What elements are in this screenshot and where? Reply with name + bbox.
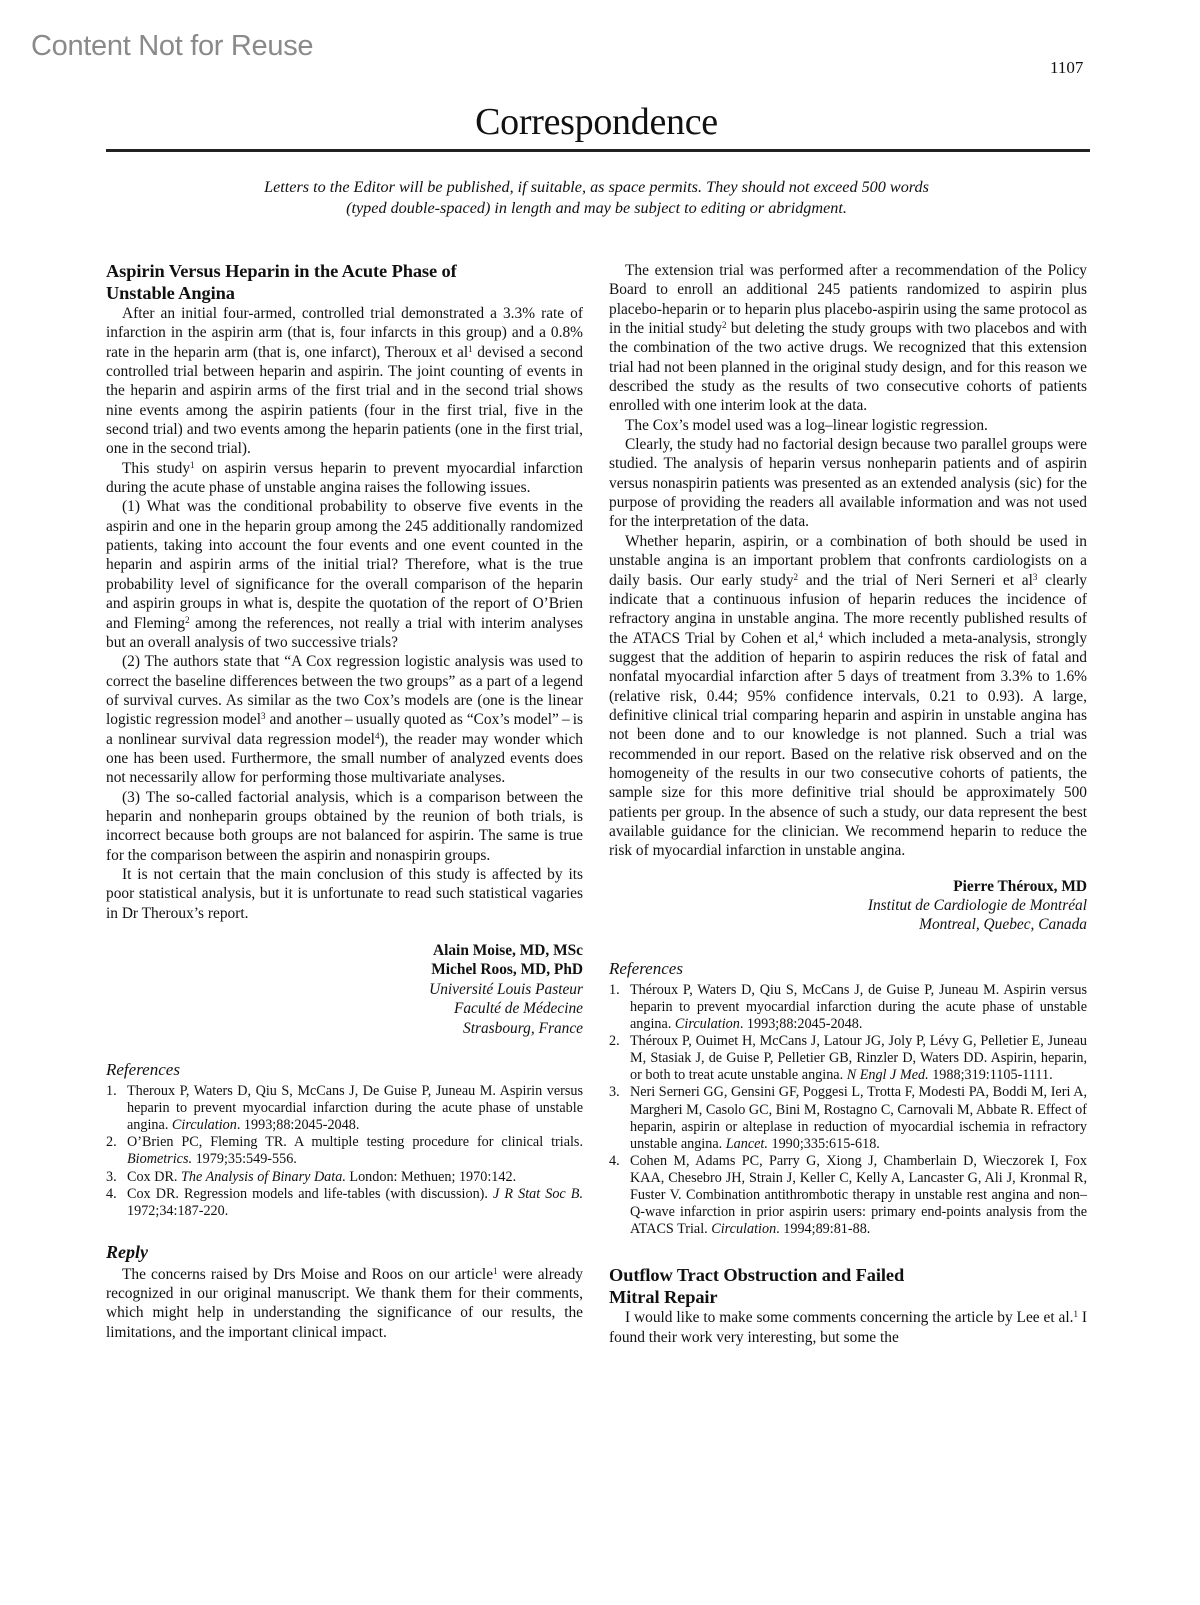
author-name: Alain Moise, MD, MSc xyxy=(106,941,583,960)
header-rule xyxy=(106,149,1090,152)
references-heading: References xyxy=(609,959,1087,979)
letter-paragraph: I would like to make some comments conce… xyxy=(609,1308,1087,1347)
author-name: Michel Roos, MD, PhD xyxy=(106,960,583,979)
author-affiliation: Montreal, Quebec, Canada xyxy=(609,915,1087,934)
editorial-note-line-2: (typed double-spaced) in length and may … xyxy=(0,198,1193,219)
letter-paragraph: It is not certain that the main conclusi… xyxy=(106,865,583,923)
watermark: Content Not for Reuse xyxy=(31,30,313,63)
reference-item: 3.Neri Serneri GG, Gensini GF, Poggesi L… xyxy=(609,1084,1087,1152)
reference-item: 1.Theroux P, Waters D, Qiu S, McCans J, … xyxy=(106,1083,583,1134)
letter-paragraph: (1) What was the conditional probability… xyxy=(106,497,583,652)
reply-paragraph: The extension trial was performed after … xyxy=(609,261,1087,416)
reference-item: 2.Théroux P, Ouimet H, McCans J, Latour … xyxy=(609,1033,1087,1084)
reply-paragraph: The Cox’s model used was a log–linear lo… xyxy=(609,416,1087,435)
reply-heading: Reply xyxy=(106,1242,583,1263)
reference-item: 3.Cox DR. The Analysis of Binary Data. L… xyxy=(106,1169,583,1186)
letter-title: Aspirin Versus Heparin in the Acute Phas… xyxy=(106,261,583,304)
reference-item: 4.Cox DR. Regression models and life-tab… xyxy=(106,1186,583,1220)
left-column: Aspirin Versus Heparin in the Acute Phas… xyxy=(106,261,583,1342)
reply-paragraph: Clearly, the study had no factorial desi… xyxy=(609,435,1087,532)
section-title: Correspondence xyxy=(0,100,1193,144)
reply-signature: Pierre Théroux, MD Institut de Cardiolog… xyxy=(609,877,1087,935)
author-affiliation: Institut de Cardiologie de Montréal xyxy=(609,896,1087,915)
author-name: Pierre Théroux, MD xyxy=(609,877,1087,896)
editorial-note-line-1: Letters to the Editor will be published,… xyxy=(0,177,1193,198)
references-heading: References xyxy=(106,1060,583,1080)
author-affiliation: Strasbourg, France xyxy=(106,1019,583,1038)
reference-item: 2.O’Brien PC, Fleming TR. A multiple tes… xyxy=(106,1134,583,1168)
letter-paragraph: (2) The authors state that “A Cox regres… xyxy=(106,652,583,787)
right-column: The extension trial was performed after … xyxy=(609,261,1087,1347)
references-list: 1.Théroux P, Waters D, Qiu S, McCans J, … xyxy=(609,982,1087,1238)
reply-paragraph: The concerns raised by Drs Moise and Roo… xyxy=(106,1265,583,1342)
letter-paragraph: After an initial four-armed, controlled … xyxy=(106,304,583,459)
letter-title: Outflow Tract Obstruction and Failed Mit… xyxy=(609,1265,1087,1308)
page-number: 1107 xyxy=(1050,58,1083,78)
reference-item: 4.Cohen M, Adams PC, Parry G, Xiong J, C… xyxy=(609,1153,1087,1238)
letter-paragraph: (3) The so-called factorial analysis, wh… xyxy=(106,788,583,865)
reference-item: 1.Théroux P, Waters D, Qiu S, McCans J, … xyxy=(609,982,1087,1033)
letter-signature: Alain Moise, MD, MSc Michel Roos, MD, Ph… xyxy=(106,941,583,1038)
reply-paragraph: Whether heparin, aspirin, or a combinati… xyxy=(609,532,1087,861)
letter-paragraph: This study1 on aspirin versus heparin to… xyxy=(106,459,583,498)
author-affiliation: Faculté de Médecine xyxy=(106,999,583,1018)
editorial-note: Letters to the Editor will be published,… xyxy=(0,177,1193,219)
author-affiliation: Université Louis Pasteur xyxy=(106,980,583,999)
references-list: 1.Theroux P, Waters D, Qiu S, McCans J, … xyxy=(106,1083,583,1220)
